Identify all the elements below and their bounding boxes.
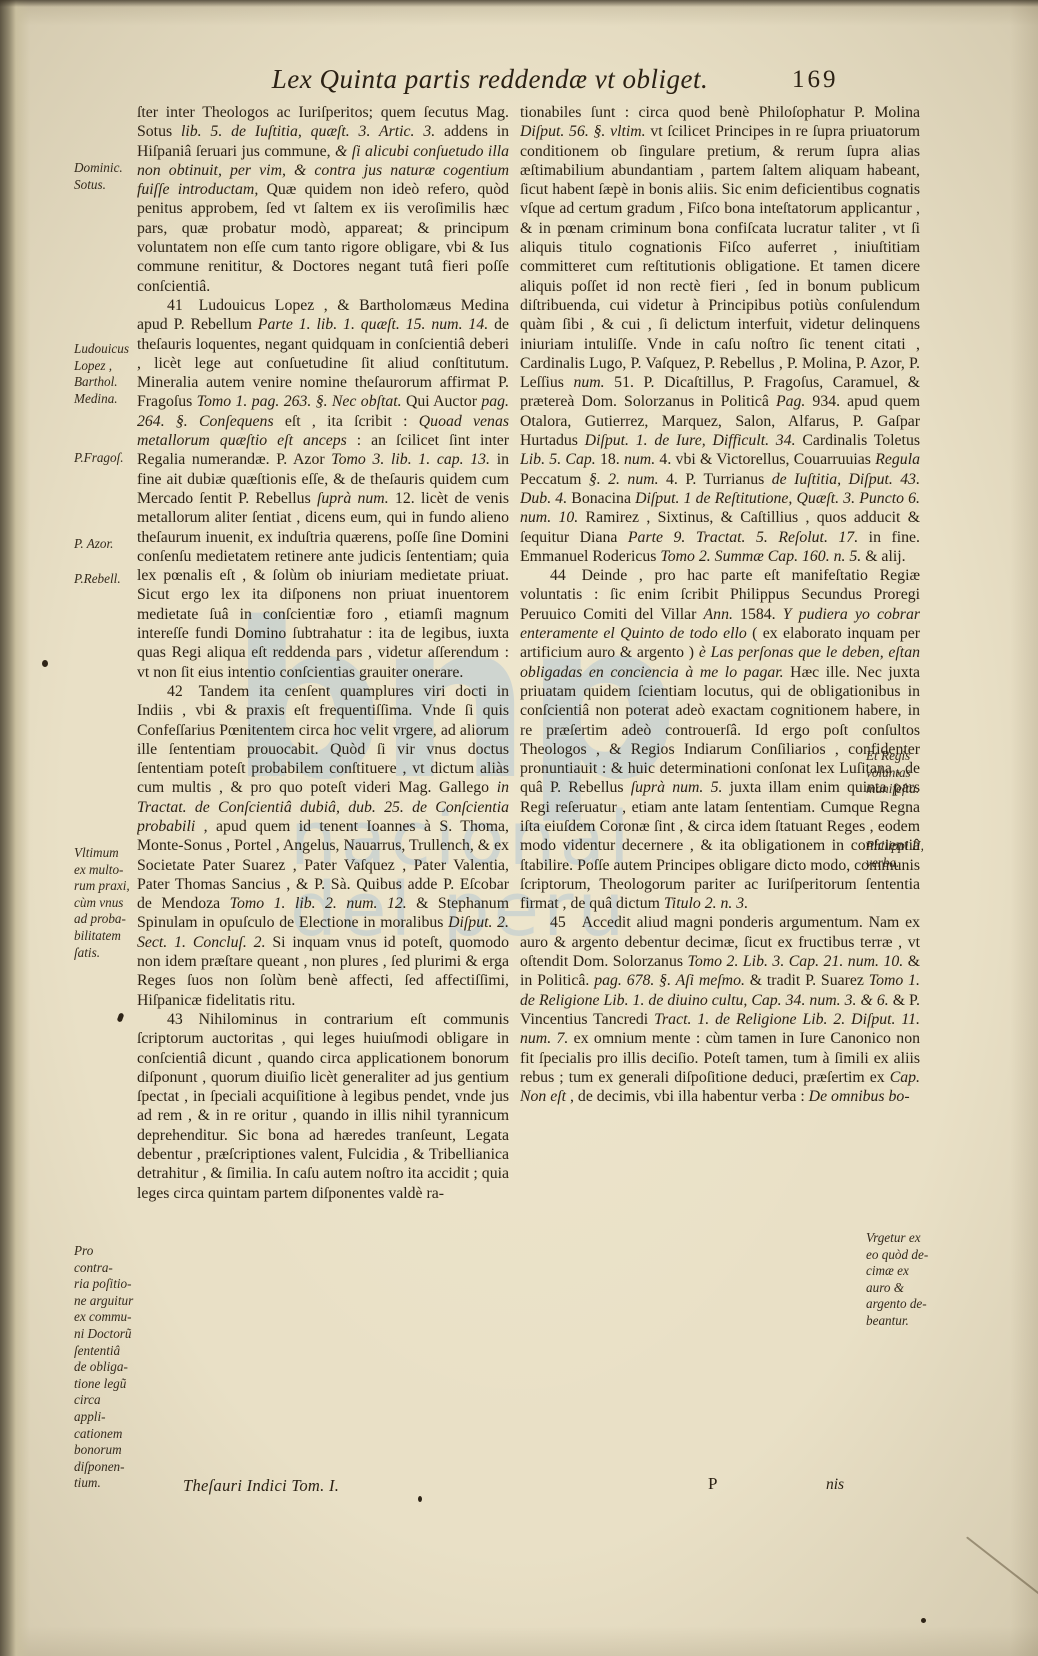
ink-speck bbox=[42, 660, 48, 667]
paragraph-45: 45 Accedit aliud magni ponderis argument… bbox=[520, 913, 920, 1106]
ink-speck bbox=[921, 1618, 926, 1623]
catchword: nis bbox=[826, 1476, 844, 1494]
margin-note-ludouicus-lopez: Ludouicus Lopez , Barthol. Medina. bbox=[74, 341, 134, 407]
binding-gutter-shadow bbox=[0, 0, 30, 1656]
margin-note-pro-contraria: Pro contra- ria poſitio- ne arguitur ex … bbox=[74, 1243, 134, 1492]
paragraph-43: 43 Nihilominus in contrarium eſt communi… bbox=[137, 1010, 509, 1203]
volume-title-footer: Theſauri Indici Tom. I. bbox=[183, 1476, 339, 1496]
margin-note-p-fragos: P.Fragoſ. bbox=[74, 450, 134, 467]
paragraph-42: 42 Tandem ita cenſent quamplures viri do… bbox=[137, 682, 509, 1010]
text-column-left: ſter inter Theologos ac Iuriſperitos; qu… bbox=[137, 103, 509, 1415]
margin-note-dominic-sotus: Dominic. Sotus. bbox=[74, 160, 134, 193]
page-top-edge-shadow bbox=[0, 0, 1038, 7]
ink-speck bbox=[117, 1012, 125, 1022]
paragraph-continuation: tionabiles ſunt : circa quod benè Philoſ… bbox=[520, 103, 920, 566]
text-column-right: tionabiles ſunt : circa quod benè Philoſ… bbox=[520, 103, 920, 1477]
margin-note-vltimum: Vltimum ex multo- rum praxi, cùm vnus ad… bbox=[74, 845, 134, 961]
page-number: 169 bbox=[792, 66, 839, 94]
signature-mark: P bbox=[708, 1474, 717, 1494]
page-crease bbox=[966, 1536, 1038, 1605]
running-title: Lex Quinta partis reddendæ vt obliget. bbox=[255, 64, 725, 95]
paragraph-44: 44 Deinde , pro hac parte eſt manifeſtat… bbox=[520, 566, 920, 913]
paragraph-continuation: ſter inter Theologos ac Iuriſperitos; qu… bbox=[137, 103, 509, 296]
margin-note-p-azor: P. Azor. bbox=[74, 536, 134, 553]
margin-note-p-rebell: P.Rebell. bbox=[74, 571, 134, 588]
scanned-book-page: bnp nacional del peru Lex Quinta partis … bbox=[0, 0, 1038, 1656]
ink-speck bbox=[418, 1496, 422, 1502]
paragraph-41: 41 Ludouicus Lopez , & Bartholomæus Medi… bbox=[137, 296, 509, 682]
